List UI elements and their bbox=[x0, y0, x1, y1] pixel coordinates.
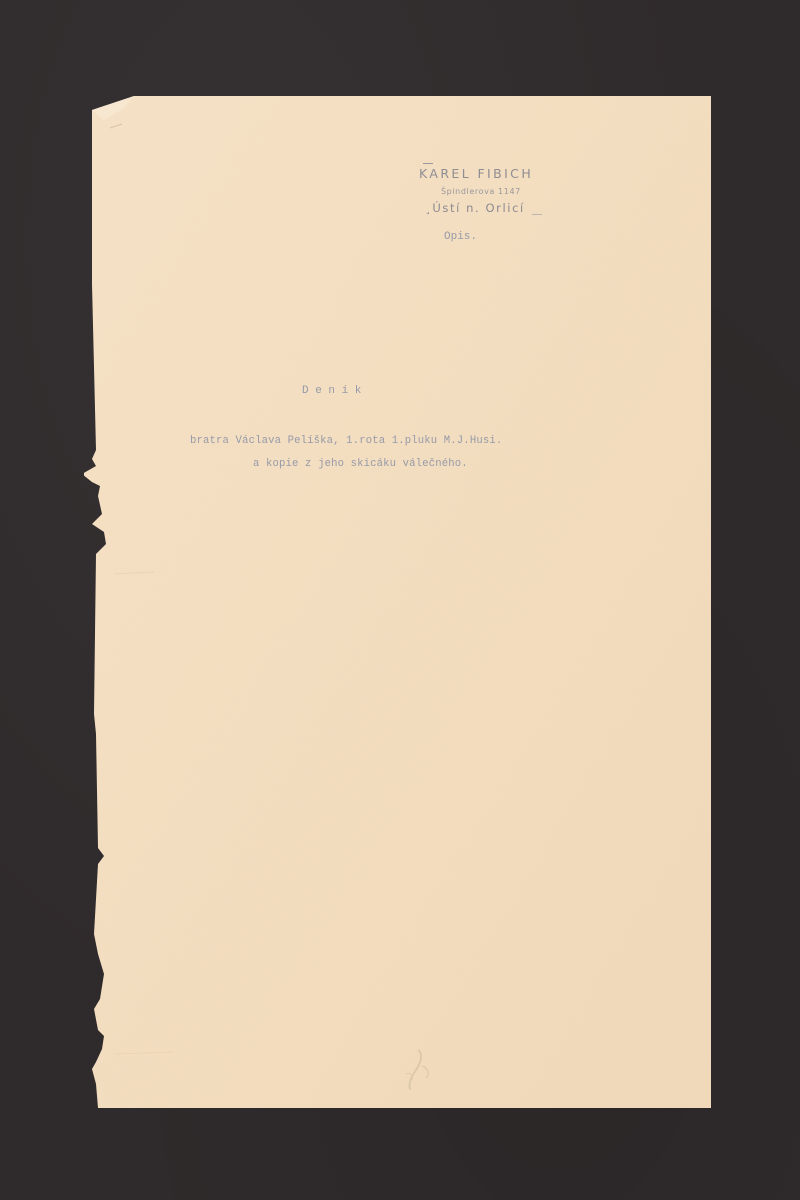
pencil-smudge-mark bbox=[398, 1046, 438, 1096]
subtitle-line-2: a kopie z jeho skicáku válečného. bbox=[253, 458, 468, 470]
document-title: D e n í k bbox=[302, 385, 361, 397]
paper-sheet bbox=[84, 94, 712, 1112]
subtitle-line-1: bratra Václava Pelíška, 1.rota 1.pluku M… bbox=[190, 435, 502, 447]
paper-outline bbox=[84, 94, 712, 1112]
copy-note: Opis. bbox=[444, 231, 477, 243]
